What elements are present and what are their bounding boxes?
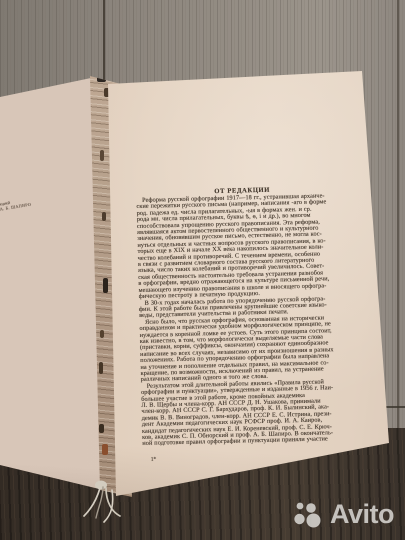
spine-speck	[99, 362, 103, 374]
spine-speck	[102, 212, 106, 221]
frayed-threads	[70, 470, 150, 540]
spine-speck	[100, 330, 104, 338]
avito-watermark: Avito	[293, 500, 394, 528]
avito-wordmark: Avito	[330, 500, 394, 528]
wood-seam-vertical	[103, 0, 105, 88]
listing-photo: под редакцией ОВА и А. Б. ШАПИРО ОТ РЕДА…	[0, 0, 405, 540]
wood-seam-right	[397, 0, 399, 428]
spine-speck	[103, 278, 108, 293]
spine-speck	[100, 150, 104, 161]
spine-rust-spot	[102, 444, 108, 455]
editors-credit-fragment: под редакцией ОВА и А. Б. ШАПИРО	[0, 193, 55, 214]
spine-speck	[99, 424, 104, 433]
body-text: Реформа русской орфографии 1917—18 гг., …	[136, 193, 354, 448]
avito-logo-icon	[293, 500, 327, 528]
page-text: ОТ РЕДАКЦИИ Реформа русской орфографии 1…	[136, 181, 355, 463]
